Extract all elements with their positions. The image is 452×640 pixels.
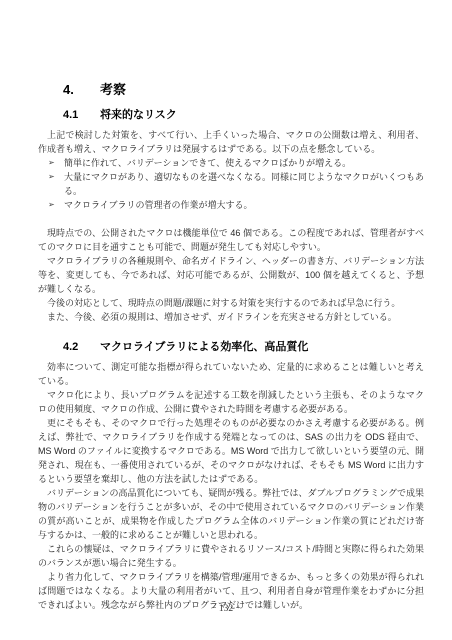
section-4-1-number: 4.1 [63, 108, 100, 123]
page-number: − 132 − [211, 604, 241, 614]
list-item: ➢ 大量にマクロがあり、適切なものを選べなくなる。同様に同じようなマクロがいくつ… [38, 170, 424, 198]
list-item: ➢ マクロライブラリの管理者の作業が増大する。 [38, 198, 424, 212]
paragraph-future-action: 今後の対応として、現時点の問題/課題に対する対策を実行するのであれば早急に行う。 [38, 296, 424, 310]
arrow-bullet-icon: ➢ [48, 198, 64, 212]
section-4-1-title: 将来的なリスク [100, 108, 177, 123]
paragraph-rules-change: マクロライブラリの各種規則や、命名ガイドライン、ヘッダーの書き方、バリデーション… [38, 254, 424, 296]
paragraph-efficiency: 効率について、測定可能な指標が得られていないため、定量的に求めることは難しいと考… [38, 360, 424, 388]
document-page: 4. 考察 4.1 将来的なリスク 上記で検討した対策を、すべて行い、上手くいっ… [0, 0, 452, 640]
page-content: 4. 考察 4.1 将来的なリスク 上記で検討した対策を、すべて行い、上手くいっ… [38, 82, 424, 612]
paragraph-guideline-policy: また、今後、必須の規則は、増加させず、ガイドラインを充実させる方針としている。 [38, 310, 424, 324]
section-4-title: 考察 [100, 82, 126, 98]
paragraph-risk-intro: 上記で検討した対策を、すべて行い、上手くいった場合、マクロの公開数は増え、利用者… [38, 128, 424, 156]
section-4-2-number: 4.2 [63, 340, 100, 355]
section-4-heading: 4. 考察 [63, 82, 424, 98]
page-footer: − 132 − [0, 604, 452, 614]
paragraph-validation-quality: バリデーションの高品質化についても、疑問が残る。弊社では、ダブルプログラミングで… [38, 486, 424, 542]
paragraph-cost-balance: これらの懐疑は、マクロライブラリに費やされるリソース/コスト/時間と実際に得られ… [38, 542, 424, 570]
paragraph-current-state: 現時点での、公開されたマクロは機能単位で 46 個である。この程度であれば、管理… [38, 226, 424, 254]
blank-line [38, 212, 424, 226]
section-4-2-heading: 4.2 マクロライブラリによる効率化、高品質化 [63, 340, 424, 355]
arrow-bullet-icon: ➢ [48, 170, 64, 198]
section-4-1-heading: 4.1 将来的なリスク [63, 108, 424, 123]
list-item-text: 大量にマクロがあり、適切なものを選べなくなる。同様に同じようなマクロがいくつもあ… [64, 170, 424, 198]
list-item: ➢ 簡単に作れて、バリデーションできて、使えるマクロばかりが増える。 [38, 156, 424, 170]
section-4-2-title: マクロライブラリによる効率化、高品質化 [100, 340, 308, 355]
paragraph-effort: マクロ化により、長いプログラムを記述する工数を削減したという主張も、そのようなマ… [38, 388, 424, 416]
section-4-number: 4. [63, 82, 100, 98]
concern-list: ➢ 簡単に作れて、バリデーションできて、使えるマクロばかりが増える。 ➢ 大量に… [38, 156, 424, 212]
list-item-text: マクロライブラリの管理者の作業が増大する。 [64, 198, 424, 212]
arrow-bullet-icon: ➢ [48, 156, 64, 170]
list-item-text: 簡単に作れて、バリデーションできて、使えるマクロばかりが増える。 [64, 156, 424, 170]
paragraph-sas-word: 更にそもそも、そのマクロで行った処理そのものが必要なのかさえ考慮する必要がある。… [38, 416, 424, 486]
